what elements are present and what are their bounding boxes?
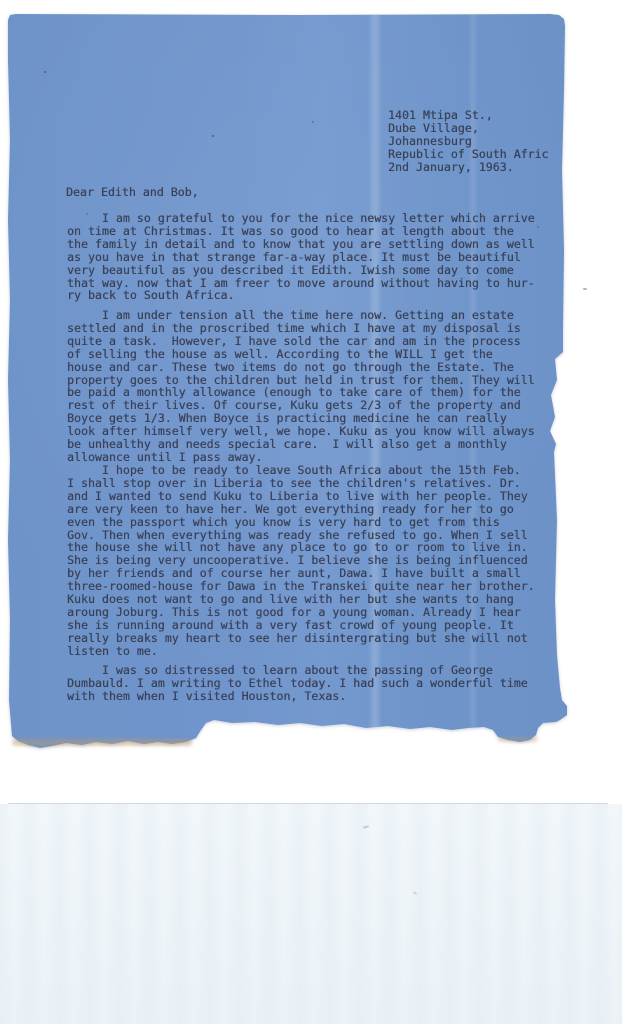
paper-speck	[44, 71, 46, 73]
paper-speck	[86, 213, 88, 215]
address-line: 1401 Mtipa St.,	[388, 108, 493, 122]
address-line: 2nd January, 1963.	[388, 160, 514, 174]
sender-address: 1401 Mtipa St., Dube Village, Johannesbu…	[388, 109, 549, 174]
letter-paragraph: I hope to be ready to leave South Africa…	[67, 464, 535, 658]
address-line: Republic of South Afric	[388, 147, 549, 161]
paper-speck	[419, 552, 421, 554]
torn-edge-fibers	[12, 739, 192, 746]
margin-speck	[583, 288, 587, 290]
scanned-letter: 1401 Mtipa St., Dube Village, Johannesbu…	[0, 0, 622, 1024]
letter-paragraph: I am under tension all the time here now…	[67, 309, 535, 464]
letter-paragraph: I was so distressed to learn about the p…	[67, 664, 528, 703]
address-line: Dube Village,	[388, 121, 479, 135]
paper-speck	[212, 135, 214, 137]
paper-speck	[312, 121, 314, 123]
salutation-line: Dear Edith and Bob,	[66, 186, 199, 199]
margin-speck	[363, 825, 369, 828]
second-page-strip	[0, 804, 622, 1024]
paper-speck	[537, 226, 539, 228]
letter-paper: 1401 Mtipa St., Dube Village, Johannesbu…	[0, 0, 622, 760]
paper-speck	[152, 327, 154, 329]
torn-edge-fibers	[498, 737, 538, 742]
margin-speck	[413, 891, 417, 895]
blue-paper-sheet: 1401 Mtipa St., Dube Village, Johannesbu…	[0, 0, 622, 758]
letter-paragraph: I am so grateful to you for the nice new…	[67, 212, 535, 302]
address-line: Johannesburg	[388, 134, 472, 148]
